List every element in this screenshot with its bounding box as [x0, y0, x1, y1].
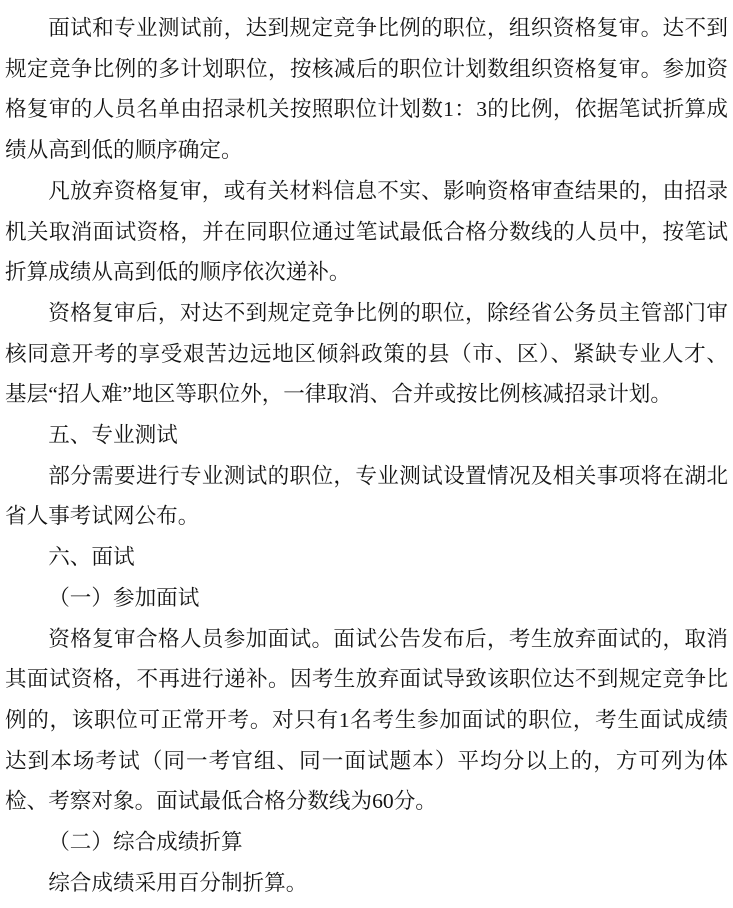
para-post-review-plan-adjustment: 资格复审后，对达不到规定竞争比例的职位，除经省公务员主管部门审核同意开考的享受艰…	[5, 293, 728, 415]
para-waiver-and-replacement: 凡放弃资格复审，或有关材料信息不实、影响资格审查结果的，由招录机关取消面试资格，…	[5, 171, 728, 293]
heading-section-6-interview: 六、面试	[5, 537, 728, 578]
heading-sub-2-composite-score: （二）综合成绩折算	[5, 822, 728, 863]
document-page: 面试和专业测试前，达到规定竞争比例的职位，组织资格复审。达不到规定竞争比例的多计…	[0, 0, 733, 908]
para-composite-score-method: 综合成绩采用百分制折算。	[5, 863, 728, 904]
para-professional-test-announcement: 部分需要进行专业测试的职位，专业测试设置情况及相关事项将在湖北省人事考试网公布。	[5, 456, 728, 537]
heading-sub-1-attend-interview: （一）参加面试	[5, 578, 728, 619]
para-interview-rules: 资格复审合格人员参加面试。面试公告发布后，考生放弃面试的，取消其面试资格，不再进…	[5, 619, 728, 823]
para-pre-interview-qualification-review: 面试和专业测试前，达到规定竞争比例的职位，组织资格复审。达不到规定竞争比例的多计…	[5, 8, 728, 171]
heading-section-5-professional-test: 五、专业测试	[5, 415, 728, 456]
